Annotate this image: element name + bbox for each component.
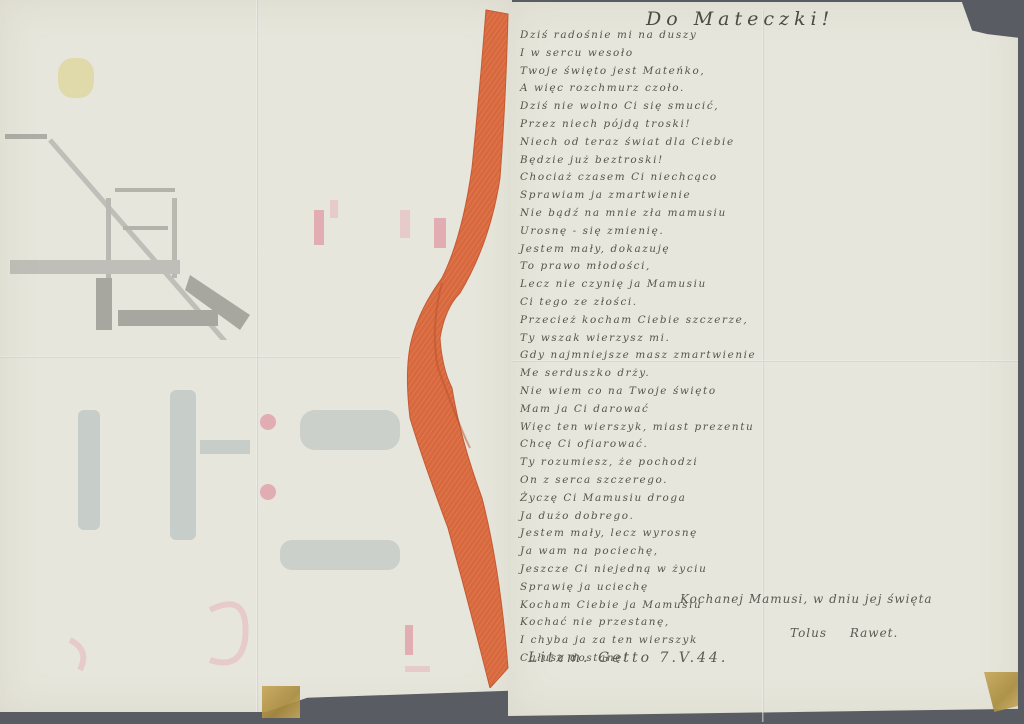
poem-line: Ty rozumiesz, że pochodzi: [520, 454, 810, 472]
poem-line: Me serduszko drży.: [520, 365, 810, 383]
poem-line: Niech od teraz świat dla Ciebie: [520, 134, 810, 152]
poem-line: Ty wszak wierzysz mi.: [520, 330, 810, 348]
poem-line: Dziś radośnie mi na duszy: [520, 27, 810, 45]
poem-line: Więc ten wierszyk, miast prezentu: [520, 419, 810, 437]
poem-line: Kochać nie przestanę,: [520, 614, 810, 632]
poem-line: Przecież kocham Ciebie szczerze,: [520, 312, 810, 330]
poem-line: A więc rozchmurz czoło.: [520, 80, 810, 98]
poem-line: Nie bądź na mnie zła mamusiu: [520, 205, 810, 223]
tape-bottom-center: [262, 686, 300, 718]
poem-line: I chyba ja za ten wierszyk: [520, 632, 810, 650]
poem-line: Ja wam na pociechę,: [520, 543, 810, 561]
poem-body: Dziś radośnie mi na duszy I w sercu weso…: [520, 27, 810, 668]
poem-line: Jeszcze Ci niejedną w życiu: [520, 561, 810, 579]
poem-line: Sprawiam ja zmartwienie: [520, 187, 810, 205]
orange-ribbon: [400, 8, 510, 688]
poem-line: Życzę Ci Mamusiu droga: [520, 490, 810, 508]
poem-line: I w sercu wesoło: [520, 45, 810, 63]
poem-line: Lecz nie czynię ja Mamusiu: [520, 276, 810, 294]
poem-line: To prawo młodości,: [520, 258, 810, 276]
poem-line: Przez niech pójdą troski!: [520, 116, 810, 134]
ghost-text-bleed-through: [10, 380, 430, 680]
ghost-drawing-ladder: [0, 120, 260, 340]
poem-line: Będzie już beztroski!: [520, 152, 810, 170]
poem-line: Urosnę - się zmienię.: [520, 223, 810, 241]
poem-line: Gdy najmniejsze masz zmartwienie: [520, 347, 810, 365]
poem-line: Mam ja Ci darować: [520, 401, 810, 419]
poem-line: Jestem mały, lecz wyrosnę: [520, 525, 810, 543]
poem-line: Jestem mały, dokazuję: [520, 241, 810, 259]
yellow-stain: [58, 58, 94, 98]
poem-line: On z serca szczerego.: [520, 472, 810, 490]
poem-line: Dziś nie wolno Ci się smucić,: [520, 98, 810, 116]
fold-line-horizontal-left: [0, 356, 400, 358]
poem-line: Ja dużo dobrego.: [520, 508, 810, 526]
poem-line: Chcę Ci ofiarować.: [520, 436, 810, 454]
poem-line: Twoje święto jest Mateńko,: [520, 63, 810, 81]
dedication-text: Kochanej Mamusi, w dniu jej święta: [680, 592, 933, 606]
poem-line: Chociaż czasem Ci niechcąco: [520, 169, 810, 187]
place-and-date: Litzm. Getto 7.V.44.: [528, 650, 728, 666]
poem-line: Ci tego ze złości.: [520, 294, 810, 312]
poem-line: Nie wiem co na Twoje święto: [520, 383, 810, 401]
signature: Tolus Rawet.: [790, 626, 898, 640]
